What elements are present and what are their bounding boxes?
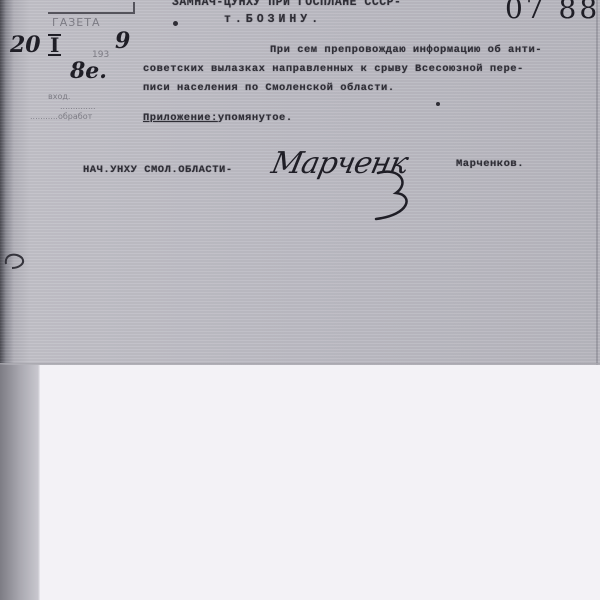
handwritten-year-digit: 9 [115,28,130,54]
body-line-3: писи населения по Смоленской области. [143,82,395,94]
handwritten-day: 20 [10,32,41,58]
addressee-line-1: ЗАМНАЧ-ЦУНХУ ПРИ ГОСПЛАНЕ СССР- [172,0,401,9]
addressee-line-2: т.БОЗИНУ. [224,13,322,26]
page-edge-shadow [596,0,598,365]
bullet-dot [173,21,178,26]
stamp-line-b: .............. [60,102,96,111]
scanned-document-page: ГАЗЕТА 193 вход. .............. ........… [0,0,600,365]
body-line-1: При сем препровождаю информацию об анти- [270,44,542,56]
signatory-name: Марченков. [456,158,524,170]
handwritten-month: I [48,34,61,56]
attachment-label: Приложение: [143,112,218,124]
binding-edge-strip [0,365,40,600]
body-line-2: советских вылазках направленных к срыву … [143,63,524,75]
handwritten-suffix: 8е. [70,58,107,84]
signature-flourish [370,165,420,225]
attachment-value: упомянутое. [218,112,293,124]
stamp-line-c: ...........обработ [30,112,92,121]
signatory-title: НАЧ.УНХУ СМОЛ.ОБЛАСТИ- [83,164,233,176]
archive-number: 07 88 [505,0,600,25]
attachment-line: Приложение:упомянутое. [143,107,293,125]
stamp-line-a: вход. [48,92,70,101]
blank-underlying-sheet [0,365,600,600]
stamp-title: ГАЗЕТА [52,16,100,29]
stamp-frame [48,2,135,14]
ink-dot [436,102,440,106]
binding-hole-mark [2,250,28,272]
